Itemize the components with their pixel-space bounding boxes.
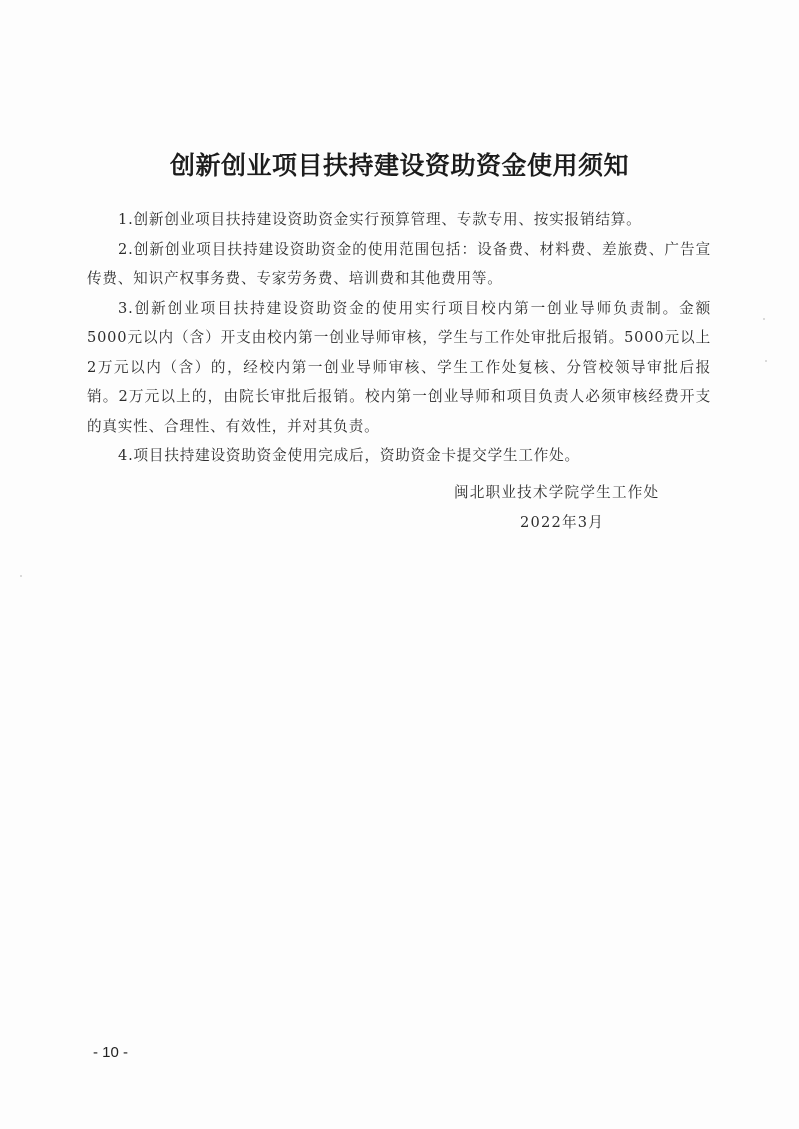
page-title: 创新创业项目扶持建设资助资金使用须知	[0, 146, 799, 182]
paragraph-1: 1.创新创业项目扶持建设资助资金实行预算管理、专款专用、按实报销结算。	[87, 205, 711, 235]
paragraph-3: 3.创新创业项目扶持建设资助资金的使用实行项目校内第一创业导师负责制。金额500…	[87, 294, 711, 442]
scan-speck	[763, 318, 765, 320]
signature-date: 2022年3月	[454, 508, 659, 538]
scan-speck	[765, 360, 767, 362]
paragraph-text: 项目扶持建设资助资金使用完成后，资助资金卡提交学生工作处。	[134, 447, 580, 464]
paragraph-text: 创新创业项目扶持建设资助资金实行预算管理、专款专用、按实报销结算。	[134, 211, 642, 228]
paragraph-number: 3.	[118, 300, 134, 317]
signature-block: 闽北职业技术学院学生工作处 2022年3月	[454, 478, 659, 538]
paragraph-2: 2.创新创业项目扶持建设资助资金的使用范围包括：设备费、材料费、差旅费、广告宣传…	[87, 235, 711, 294]
paragraph-4: 4.项目扶持建设资助资金使用完成后，资助资金卡提交学生工作处。	[87, 441, 711, 471]
paragraph-text: 创新创业项目扶持建设资助资金的使用实行项目校内第一创业导师负责制。金额5000元…	[87, 300, 711, 435]
document-body: 1.创新创业项目扶持建设资助资金实行预算管理、专款专用、按实报销结算。 2.创新…	[87, 205, 711, 471]
paragraph-number: 1.	[118, 211, 134, 228]
paragraph-number: 4.	[118, 447, 134, 464]
page-number: - 10 -	[93, 1044, 128, 1061]
scan-speck	[20, 575, 22, 577]
paragraph-number: 2.	[118, 241, 134, 258]
signature-organization: 闽北职业技术学院学生工作处	[454, 484, 659, 501]
paragraph-text: 创新创业项目扶持建设资助资金的使用范围包括：设备费、材料费、差旅费、广告宣传费、…	[87, 241, 711, 288]
